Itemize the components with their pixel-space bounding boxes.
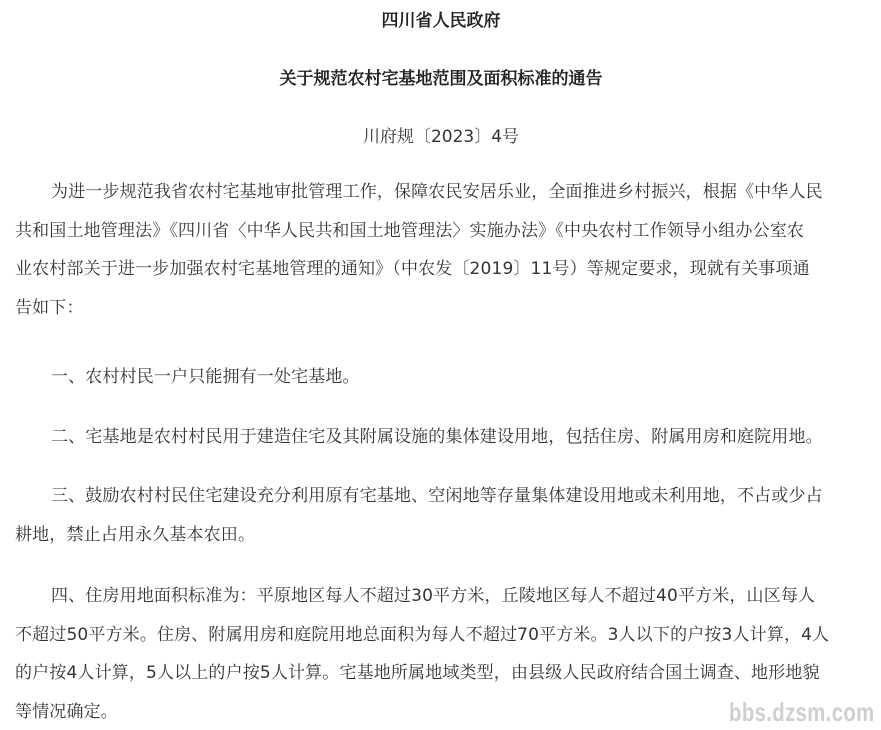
item-paragraph-1: 一、农村村民一户只能拥有一处宅基地。: [15, 358, 867, 397]
intro-paragraph: 为进一步规范我省农村宅基地审批管理工作，保障农民安居乐业，全面推进乡村振兴，根据…: [15, 173, 867, 327]
issuer-heading: 四川省人民政府: [15, 6, 867, 31]
text-line: 三、鼓励农村村民住宅建设充分利用原有宅基地、空闲地等存量集体建设用地或未利用地，…: [15, 477, 867, 516]
document-number: 川府规〔2023〕4号: [15, 122, 867, 147]
text-line: 四、住房用地面积标准为：平原地区每人不超过30平方米，丘陵地区每人不超过40平方…: [15, 577, 867, 616]
text-line: 为进一步规范我省农村宅基地审批管理工作，保障农民安居乐业，全面推进乡村振兴，根据…: [15, 173, 867, 212]
text-line: 二、宅基地是农村村民用于建造住宅及其附属设施的集体建设用地，包括住房、附属用房和…: [15, 418, 867, 457]
text-line: 耕地，禁止占用永久基本农田。: [15, 516, 867, 555]
text-line: 业农村部关于进一步加强农村宅基地管理的通知》（中农发〔2019〕11号）等规定要…: [15, 250, 867, 289]
text-line: 一、农村村民一户只能拥有一处宅基地。: [15, 358, 867, 397]
item-paragraph-2: 二、宅基地是农村村民用于建造住宅及其附属设施的集体建设用地，包括住房、附属用房和…: [15, 418, 867, 457]
document-title: 关于规范农村宅基地范围及面积标准的通告: [15, 64, 867, 89]
text-line: 共和国土地管理法》《四川省〈中华人民共和国土地管理法〉实施办法》《中央农村工作领…: [15, 212, 867, 251]
text-line: 不超过50平方米。住房、附属用房和庭院用地总面积为每人不超过70平方米。3人以下…: [15, 616, 867, 655]
item-paragraph-3: 三、鼓励农村村民住宅建设充分利用原有宅基地、空闲地等存量集体建设用地或未利用地，…: [15, 477, 867, 554]
watermark: bbs.dzsm.com: [729, 697, 875, 728]
text-line: 告如下：: [15, 289, 867, 328]
text-line: 的户按4人计算，5人以上的户按5人计算。宅基地所属地域类型，由县级人民政府结合国…: [15, 654, 867, 693]
